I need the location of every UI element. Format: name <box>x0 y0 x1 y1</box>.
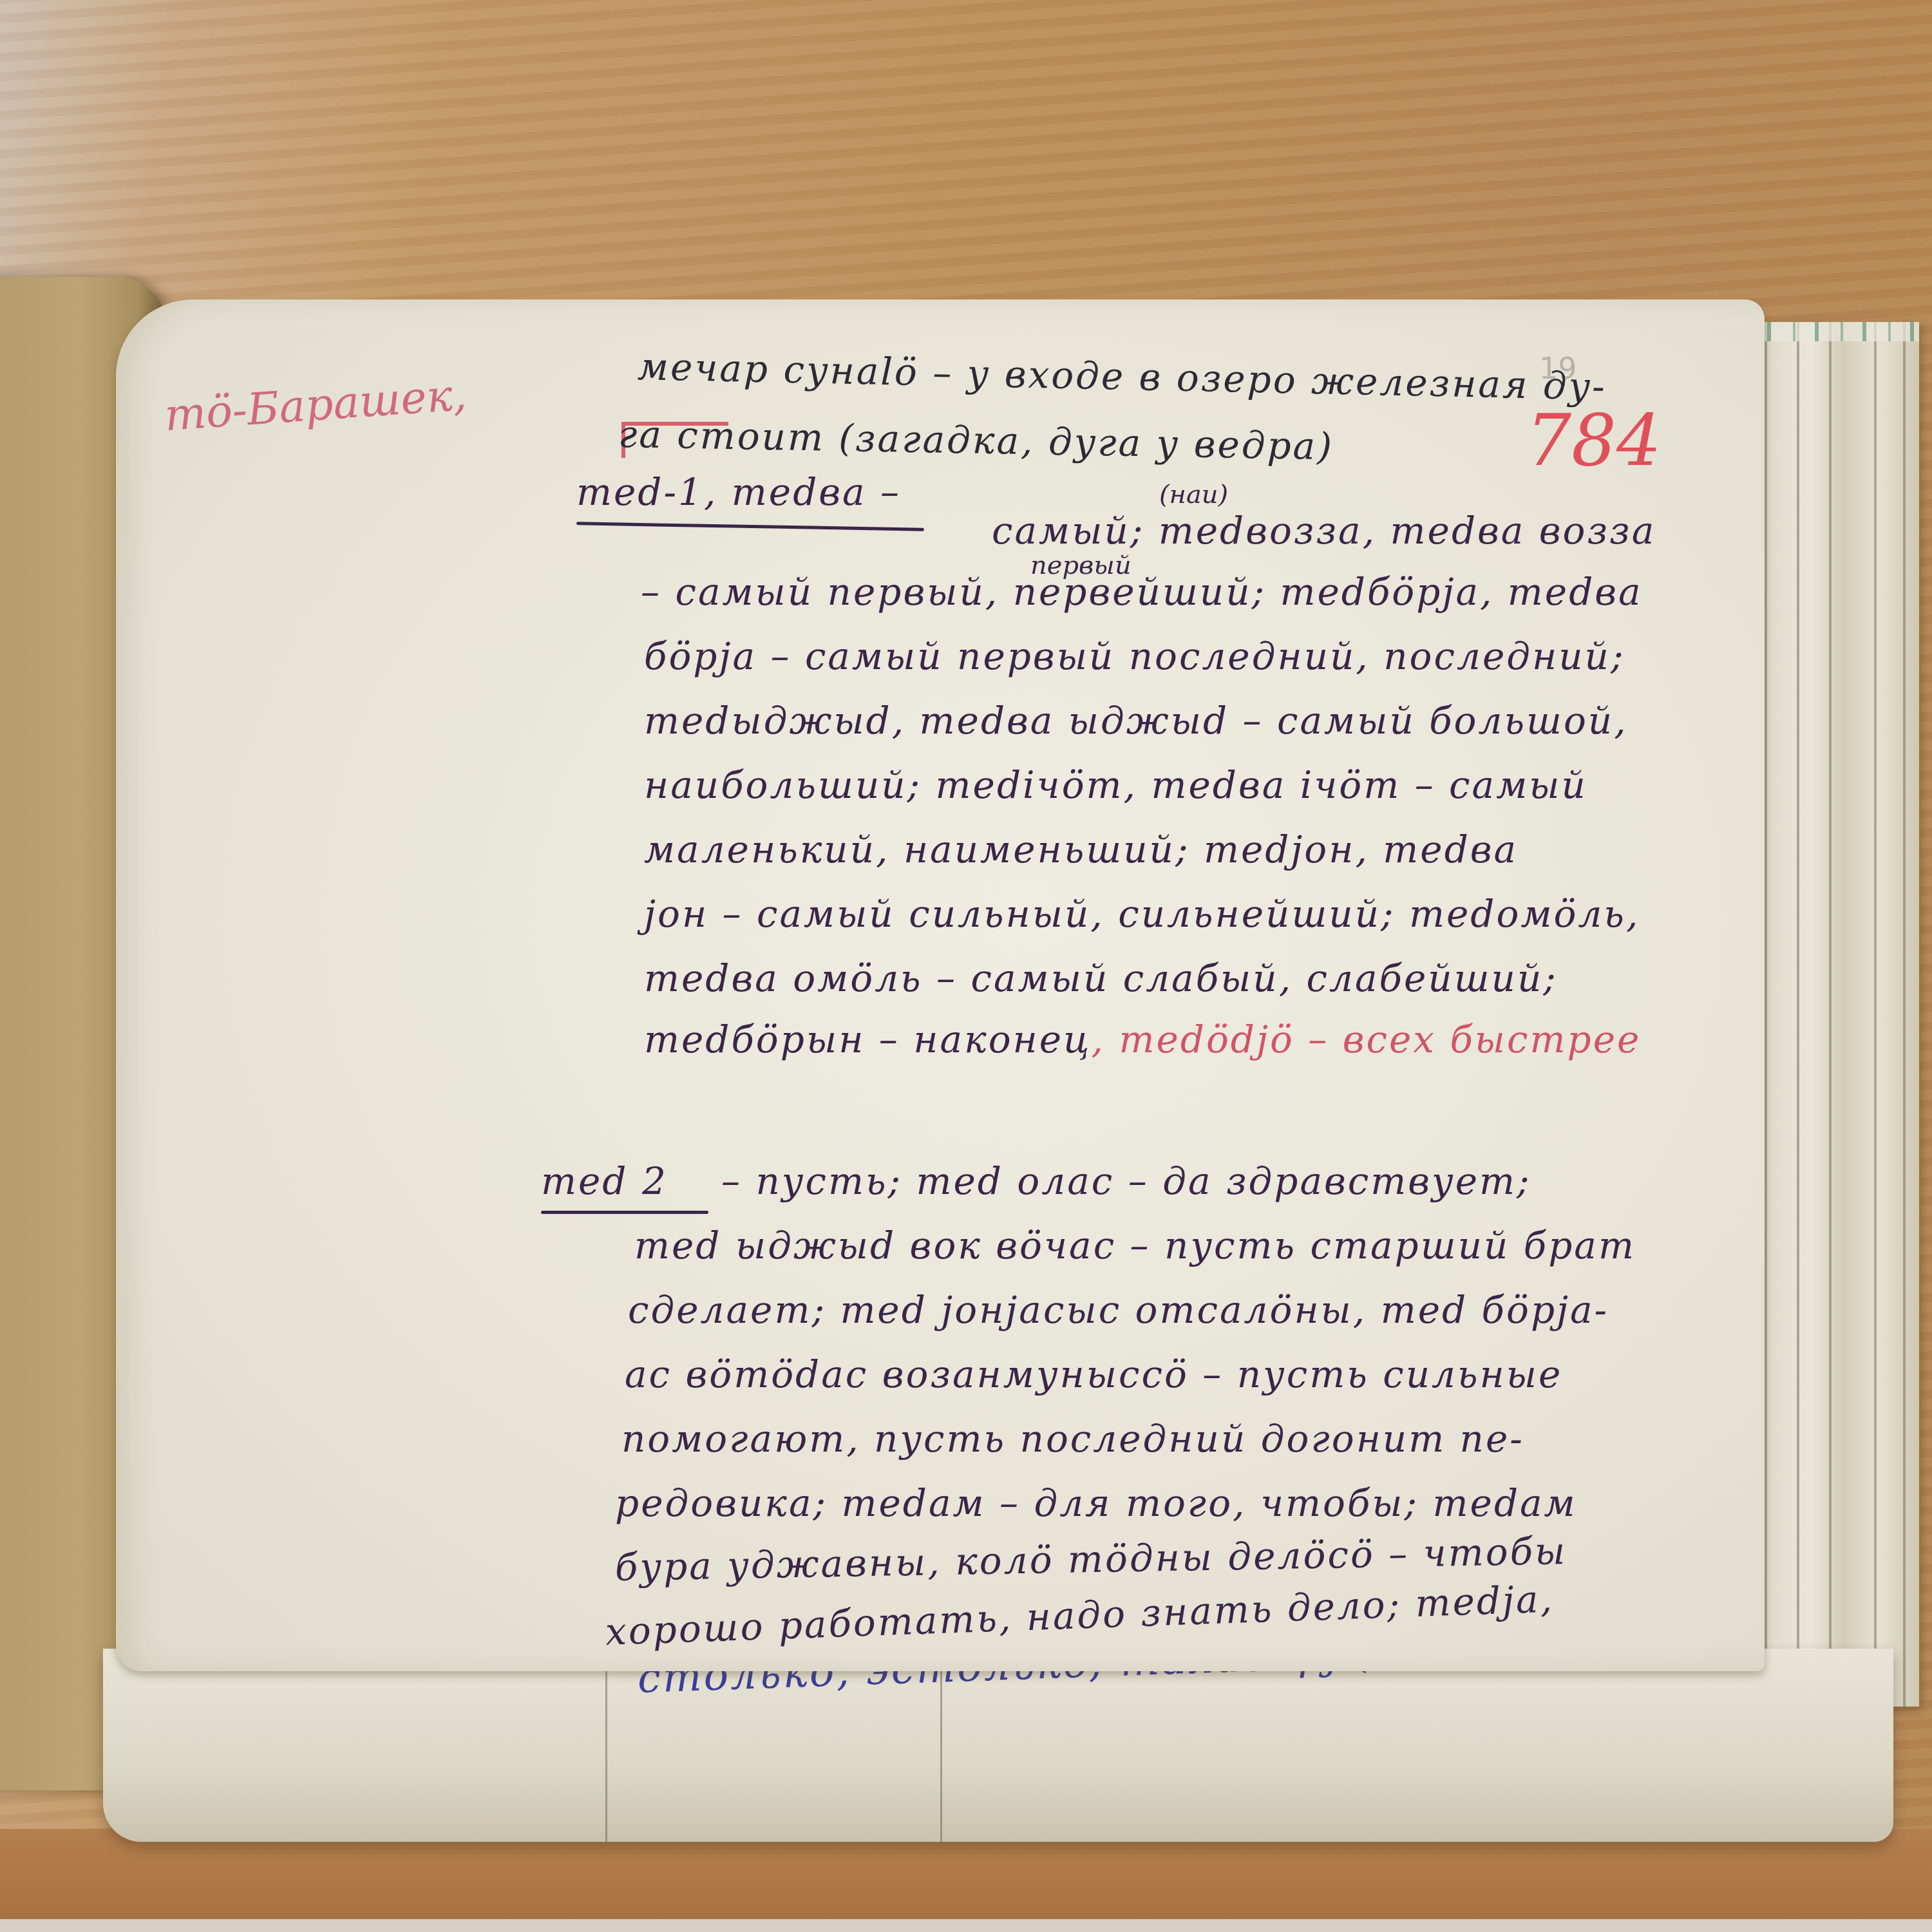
headword-med-2: med 2 <box>541 1159 668 1203</box>
text-line: јон – самый сильный, сильнейший; medомöл… <box>644 892 1640 936</box>
page-edge <box>1903 322 1906 1707</box>
headword-med-1: med-1, medва – <box>576 470 901 514</box>
page-stack-right-edge <box>1752 322 1919 1707</box>
text-line: бöрја – самый первый последний, последни… <box>644 634 1625 678</box>
desk-edge <box>0 1919 1932 1932</box>
desk-surface-lower <box>0 1829 1932 1932</box>
text-line: помогают, пусть последний догонит пе- <box>621 1417 1524 1461</box>
text-line: маленький, наименьший; medјон, medва <box>644 828 1518 871</box>
insertion-note: (наи) <box>1159 480 1228 509</box>
page-edge <box>1765 322 1767 1707</box>
page-edge <box>1797 322 1799 1707</box>
page-tear <box>605 1649 607 1842</box>
text-segment: medбöрын – наконец <box>644 1018 1092 1061</box>
text-line: – пусть; med олас – да здравствует; <box>721 1159 1531 1203</box>
text-line: med ыджыd вок вöчас – пусть старший брат <box>634 1224 1636 1267</box>
text-line: наибольший; mediчöт, medва iчöт – самый <box>644 763 1587 807</box>
red-addition: , medödјö – всех быстрее <box>1092 1018 1642 1061</box>
text-line: редовика; medам – для того, чтобы; medам <box>615 1481 1577 1525</box>
headword-underline <box>541 1211 708 1214</box>
page-edge <box>1874 322 1877 1707</box>
text-line: сделает; med јонјасыс отсалöны, med бöрј… <box>628 1288 1609 1332</box>
text-line: ас вöтödас возанмуныссö – пусть сильные <box>625 1352 1562 1396</box>
text-line: medыджыd, medва ыджыd – самый большой, <box>644 699 1628 743</box>
underlying-page: столько, эстолько; таладорј (тала <box>103 1649 1893 1842</box>
text-line: medва омöль – самый слабый, слабейший; <box>644 956 1558 1000</box>
text-line: medбöрын – наконец, medödјö – всех быстр… <box>644 1018 1641 1061</box>
page-number-red: 784 <box>1526 399 1662 482</box>
text-line: самый; medвозза, medва возза <box>992 509 1656 553</box>
page-edge <box>1829 322 1832 1707</box>
text-line: – самый первый, первейший; medбöрја, med… <box>641 570 1643 614</box>
